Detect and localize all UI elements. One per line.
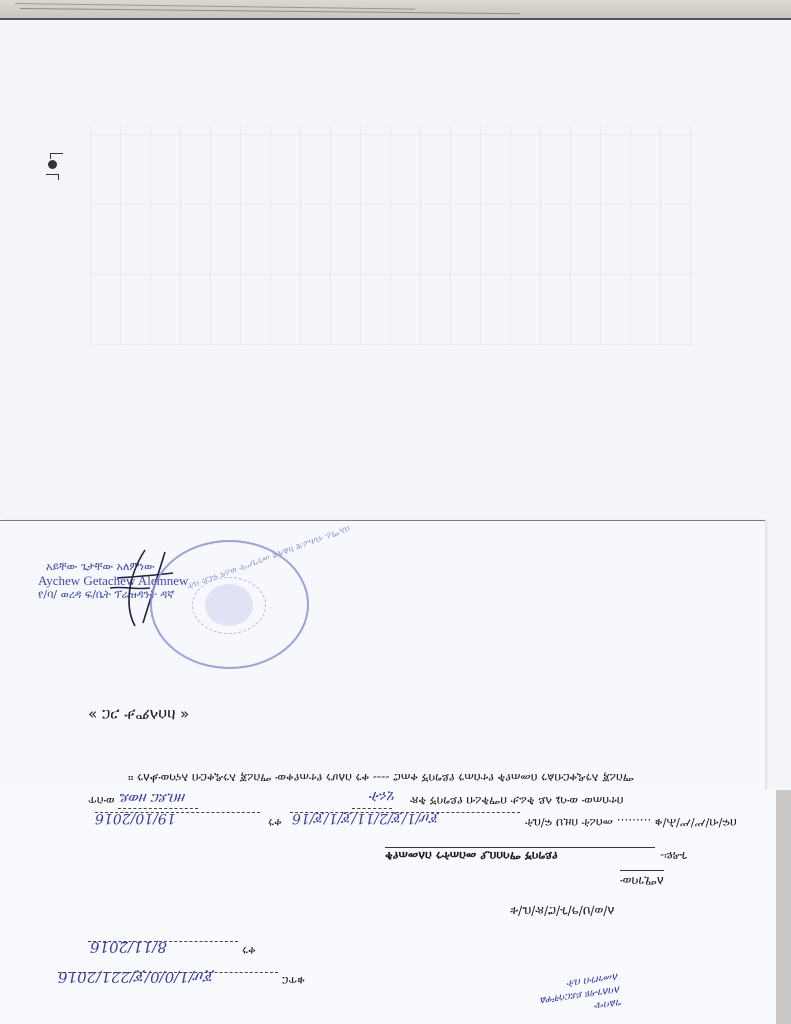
salutation: ለሚገባው xyxy=(620,873,664,888)
handwritten-name: ሂሩት xyxy=(370,788,396,804)
date-label: ቀን xyxy=(242,943,256,958)
scan-edge xyxy=(776,790,791,1024)
table-bleed-through xyxy=(90,125,695,345)
closing-regards: « ከሰላምታ ጋር » xyxy=(88,706,189,724)
official-stamp: በአማራ ብሔራዊ ክልላዊ መንግሥት ወረዳ ፍርድ ቤት xyxy=(150,540,309,669)
recipient-address: ለ/ወ/ህ/ዓ/ጉ/ሮ/ጽ/ቤ/ቱ xyxy=(510,903,614,918)
date-label-inline: ቀን xyxy=(268,815,282,830)
body-line-2-suffix: ውስጥ xyxy=(88,793,115,808)
handwritten-party: ዘቢደር ዘወዴ xyxy=(120,790,186,806)
fold-line xyxy=(20,8,520,14)
reference-label: ቁጥር xyxy=(282,973,305,988)
paper-fold-edge xyxy=(0,0,791,18)
subject-text: የይግባኝ ማሳሰቢያ መስጠትን ስለመጠየቅ xyxy=(385,848,558,863)
page-number-mark xyxy=(44,150,68,186)
emblem-icon xyxy=(205,584,253,626)
body-line-2-prefix: በተሰጠው ውሳኔ ላይ ቅሬታ በማቅረብ የይግባኝ ቅጽ xyxy=(410,793,623,808)
subject-label: ጉዳዩ፡- xyxy=(660,848,687,863)
body-line-1-prefix: በፍ/ብ/ሥ/ሥ/ሕ/ቁ ……… መሰረት በዚህ ፍ/ቤት xyxy=(525,815,737,830)
reference-value: ጀሆ/1/0/0/ጀ/221/2016 xyxy=(58,968,214,986)
body-line-3: ማስረጃ እንዲቀርብልን በመጠየቅ የተሰጠን የይግባኝ ቀጠሮ ----… xyxy=(128,770,634,785)
